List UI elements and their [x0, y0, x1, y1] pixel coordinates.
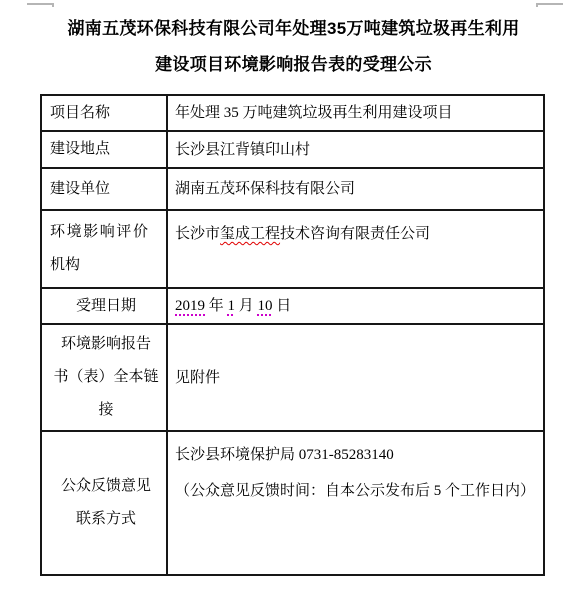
grammar-dotted-underline: 2019 [175, 298, 205, 314]
content-line: （公众意见反馈时间：自本公示发布后 5 个工作日内） [175, 473, 534, 509]
label-cell-project-name: 项目名称 [42, 96, 168, 130]
table-row-project-name: 项目名称年处理 35 万吨建筑垃圾再生利用建设项目 [42, 96, 543, 130]
content-line: 长沙县环境保护局 0731-85283140 [175, 437, 534, 473]
text-segment: 长沙县环境保护局 0731-85283140 [175, 447, 394, 463]
crop-mark-top-right-icon [536, 3, 563, 7]
text-segment: 技术咨询有限责任公司 [280, 226, 430, 242]
label-cell-report-full-link: 环境影响报告书（表）全本链接 [42, 325, 168, 430]
content-cell-eia-agency: 长沙市玺成工程技术咨询有限责任公司 [168, 211, 543, 287]
text-segment: 月 [235, 298, 258, 314]
text-segment: 长沙市 [175, 226, 220, 242]
table-row-acceptance-date: 受理日期2019 年 1 月 10 日 [42, 287, 543, 323]
notice-table: 项目名称年处理 35 万吨建筑垃圾再生利用建设项目建设地点长沙县江背镇印山村建设… [40, 94, 545, 576]
text-segment: 见附件 [175, 370, 220, 386]
document-page: 湖南五茂环保科技有限公司年处理35万吨建筑垃圾再生利用 建设项目环境影响报告表的… [0, 0, 587, 600]
content-line: 长沙市玺成工程技术咨询有限责任公司 [175, 216, 534, 252]
grammar-dotted-underline: 10 [258, 298, 273, 314]
label-line: 书（表）全本链 [50, 361, 162, 394]
content-line: 长沙县江背镇印山村 [175, 133, 534, 167]
content-cell-acceptance-date: 2019 年 1 月 10 日 [168, 289, 543, 323]
content-cell-project-name: 年处理 35 万吨建筑垃圾再生利用建设项目 [168, 96, 543, 130]
content-cell-feedback-contact: 长沙县环境保护局 0731-85283140（公众意见反馈时间：自本公示发布后 … [168, 432, 543, 574]
text-segment: 长沙县江背镇印山村 [175, 142, 310, 158]
label-line: 联系方式 [50, 503, 162, 536]
label-line: 项目名称 [50, 97, 162, 130]
table-row-construction-site: 建设地点长沙县江背镇印山村 [42, 130, 543, 167]
page-title-line-2: 建设项目环境影响报告表的受理公示 [0, 47, 587, 83]
content-line: 湖南五茂环保科技有限公司 [175, 172, 534, 206]
label-cell-construction-unit: 建设单位 [42, 169, 168, 209]
label-line: 环境影响评价 [50, 216, 162, 249]
label-line: 受理日期 [50, 290, 162, 323]
text-segment: （公众意见反馈时间：自本公示发布后 5 个工作日内） [175, 483, 535, 499]
table-row-eia-agency: 环境影响评价机构长沙市玺成工程技术咨询有限责任公司 [42, 209, 543, 287]
table-row-feedback-contact: 公众反馈意见联系方式长沙县环境保护局 0731-85283140（公众意见反馈时… [42, 430, 543, 574]
table-row-report-full-link: 环境影响报告书（表）全本链接见附件 [42, 323, 543, 430]
label-cell-feedback-contact: 公众反馈意见联系方式 [42, 432, 168, 574]
label-cell-construction-site: 建设地点 [42, 132, 168, 167]
content-cell-construction-unit: 湖南五茂环保科技有限公司 [168, 169, 543, 209]
label-line: 建设地点 [50, 133, 162, 166]
label-line: 公众反馈意见 [50, 470, 162, 503]
table-row-construction-unit: 建设单位湖南五茂环保科技有限公司 [42, 167, 543, 209]
content-cell-construction-site: 长沙县江背镇印山村 [168, 132, 543, 167]
page-title-line-1: 湖南五茂环保科技有限公司年处理35万吨建筑垃圾再生利用 [0, 11, 587, 47]
label-line: 环境影响报告 [50, 328, 162, 361]
label-line: 建设单位 [50, 173, 162, 206]
grammar-dotted-underline: 1 [228, 298, 236, 314]
content-line: 2019 年 1 月 10 日 [175, 289, 534, 323]
spellcheck-wavy-underline: 玺成工程 [220, 226, 280, 242]
content-line: 见附件 [175, 361, 534, 395]
content-cell-report-full-link: 见附件 [168, 325, 543, 430]
label-line: 接 [50, 394, 162, 427]
text-segment: 年处理 35 万吨建筑垃圾再生利用建设项目 [175, 105, 453, 121]
crop-mark-top-left-icon [27, 3, 54, 7]
label-cell-eia-agency: 环境影响评价机构 [42, 211, 168, 287]
label-line: 机构 [50, 249, 162, 282]
text-segment: 湖南五茂环保科技有限公司 [175, 181, 355, 197]
text-segment: 日 [273, 298, 292, 314]
text-segment: 年 [205, 298, 228, 314]
label-cell-acceptance-date: 受理日期 [42, 289, 168, 323]
page-title: 湖南五茂环保科技有限公司年处理35万吨建筑垃圾再生利用 建设项目环境影响报告表的… [0, 11, 587, 83]
content-line: 年处理 35 万吨建筑垃圾再生利用建设项目 [175, 96, 534, 130]
